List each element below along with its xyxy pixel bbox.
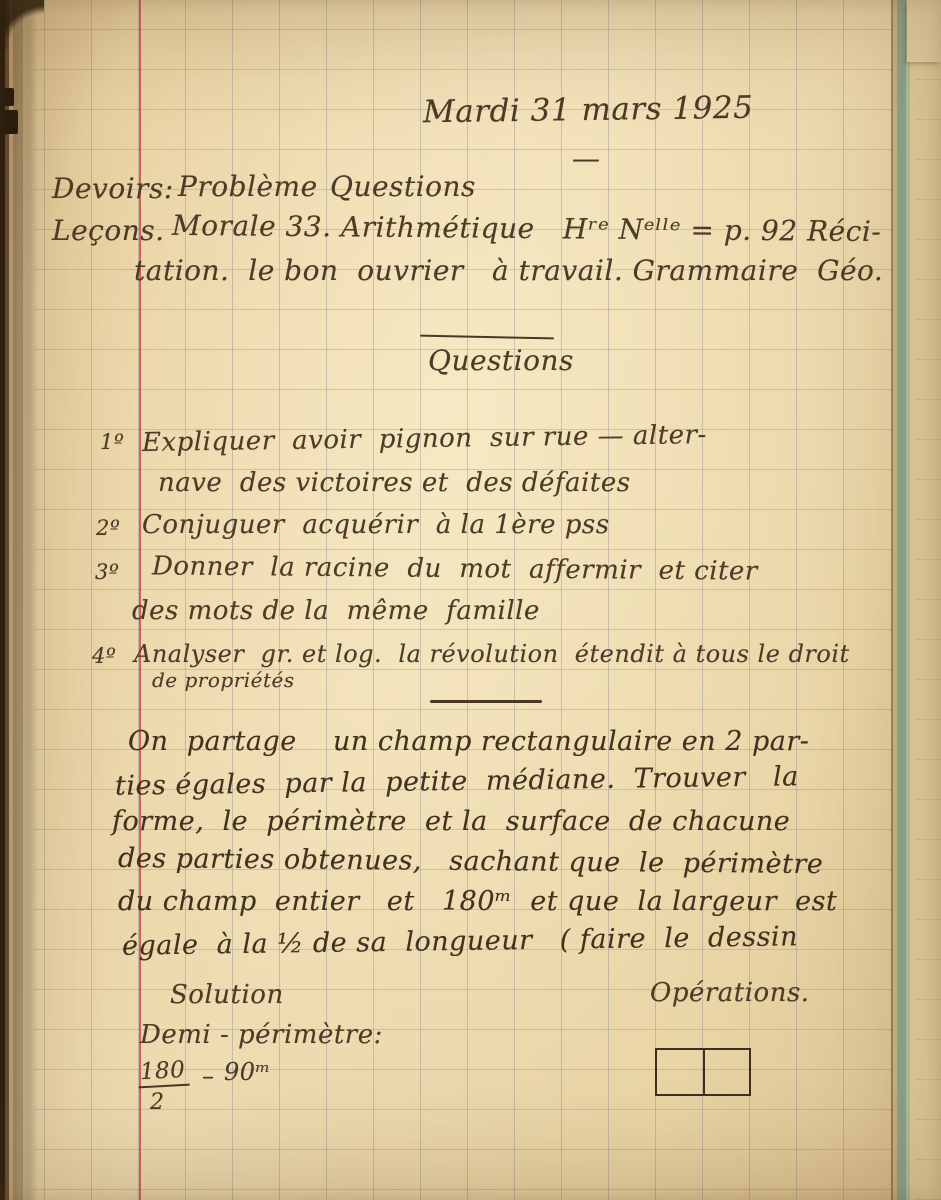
field-median-line	[703, 1050, 705, 1094]
devoirs-item-probleme: Problème	[178, 170, 318, 203]
question-4-number: 4º	[92, 644, 116, 668]
date-separator-dash: —	[572, 142, 601, 175]
lecons-line-2: tation. le bon ouvrier à travail. Gramma…	[134, 254, 883, 287]
field-diagram	[655, 1048, 751, 1096]
question-3-line-1: Donner la racine du mot affermir et cite…	[152, 551, 758, 586]
problem-line-2: ties égales par la petite médiane. Trouv…	[115, 761, 799, 802]
spine-edge-mark	[0, 110, 18, 134]
worn-corner	[0, 0, 44, 50]
question-1-line-1: Expliquer avoir pignon sur rue — alter-	[142, 420, 707, 458]
lecons-label: Leçons.	[52, 214, 165, 247]
spine-edge-mark	[0, 88, 14, 106]
next-page-corner	[907, 0, 941, 62]
next-page-edge	[891, 0, 941, 1200]
questions-heading: Questions	[428, 344, 574, 377]
problem-line-1: On partage un champ rectangulaire en 2 p…	[128, 726, 809, 757]
fraction-result: 90ᵐ	[224, 1058, 271, 1086]
demi-perimetre-label: Demi - périmètre:	[140, 1020, 383, 1050]
problem-line-6: égale à la ½ de sa longueur ( faire le d…	[122, 921, 798, 961]
problem-line-3: forme, le périmètre et la surface de cha…	[112, 806, 790, 837]
questions-heading-overline	[420, 335, 554, 340]
question-3-line-2: des mots de la même famille	[132, 596, 540, 626]
notebook-page: Mardi 31 mars 1925 — Devoirs: Problème Q…	[0, 0, 941, 1200]
fraction-numerator: 180	[137, 1057, 190, 1089]
question-1-number: 1º	[100, 430, 124, 454]
fraction-dash: –	[202, 1062, 215, 1090]
problem-line-4: des parties obtenues, sachant que le pér…	[118, 843, 824, 880]
devoirs-item-questions: Questions	[330, 170, 476, 203]
question-2-line-1: Conjuguer acquérir à la 1ère pss	[142, 510, 610, 540]
next-page-grid	[915, 0, 941, 1200]
devoirs-label: Devoirs:	[52, 172, 174, 205]
binding-spine	[0, 0, 38, 1200]
section-separator-line	[430, 700, 542, 703]
solution-label: Solution	[170, 980, 284, 1010]
question-4-line-2: de propriétés	[152, 668, 295, 692]
question-3-number: 3º	[95, 560, 119, 584]
question-1-line-2: nave des victoires et des défaites	[158, 468, 631, 498]
operations-label: Opérations.	[650, 978, 810, 1008]
question-4-line-1: Analyser gr. et log. la révolution étend…	[134, 640, 850, 668]
lecons-line-1: Morale 33. Arithmétique Hʳᵉ Nᵉˡˡᵉ = p. 9…	[172, 209, 882, 248]
question-2-number: 2º	[96, 516, 120, 540]
fraction-denominator: 2	[150, 1090, 165, 1115]
problem-line-5: du champ entier et 180ᵐ et que la largeu…	[118, 886, 837, 917]
date-line: Mardi 31 mars 1925	[423, 90, 754, 131]
